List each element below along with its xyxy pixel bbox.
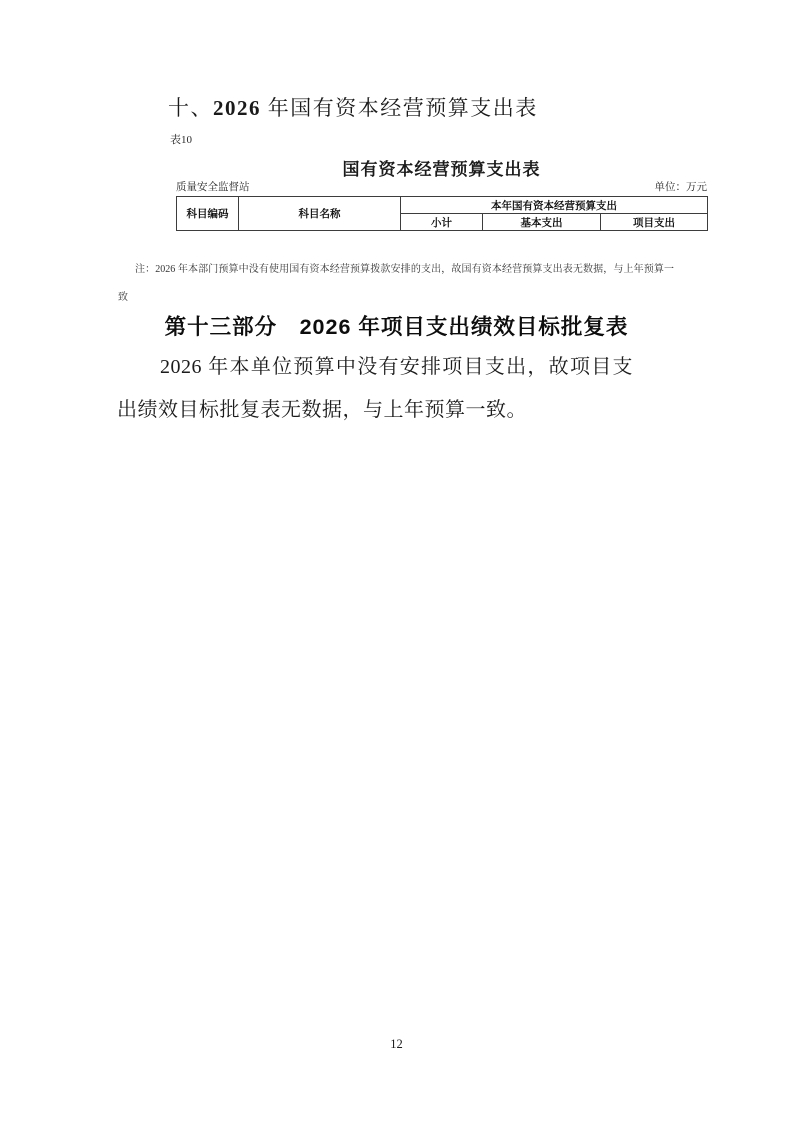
heading-suffix: 年国有资本经营预算支出表 <box>261 96 538 120</box>
table-number-label: 表10 <box>170 131 192 147</box>
table-header-row-1: 科目编码 科目名称 本年国有资本经营预算支出 <box>177 197 708 214</box>
unit-label: 单位：万元 <box>655 179 708 194</box>
section-heading-part13: 第十三部分 2026 年项目支出绩效目标批复表 <box>0 310 793 341</box>
heading-prefix: 十、 <box>168 96 213 120</box>
col-header-basic: 基本支出 <box>483 214 601 231</box>
org-name: 质量安全监督站 <box>176 179 250 194</box>
col-header-subject-name: 科目名称 <box>239 197 401 231</box>
col-header-project: 项目支出 <box>601 214 708 231</box>
col-header-subtotal: 小计 <box>401 214 483 231</box>
col-header-group: 本年国有资本经营预算支出 <box>401 197 708 214</box>
table-meta-row: 质量安全监督站 单位：万元 <box>176 179 707 194</box>
budget-expenditure-table: 科目编码 科目名称 本年国有资本经营预算支出 小计 基本支出 项目支出 <box>176 196 708 231</box>
heading-year: 2026 <box>213 96 261 120</box>
table-title: 国有资本经营预算支出表 <box>176 155 707 180</box>
page-number: 12 <box>0 1037 793 1052</box>
table-note: 注：2026 年本部门预算中没有使用国有资本经营预算拨款安排的支出，故国有资本经… <box>118 256 674 312</box>
document-page: 十、2026 年国有资本经营预算支出表 表10 国有资本经营预算支出表 质量安全… <box>0 0 793 1122</box>
col-header-subject-code: 科目编码 <box>177 197 239 231</box>
part13-body-paragraph: 2026 年本单位预算中没有安排项目支出，故项目支出绩效目标批复表无数据，与上年… <box>117 346 633 432</box>
section-heading-state-capital-table: 十、2026 年国有资本经营预算支出表 <box>168 95 538 122</box>
